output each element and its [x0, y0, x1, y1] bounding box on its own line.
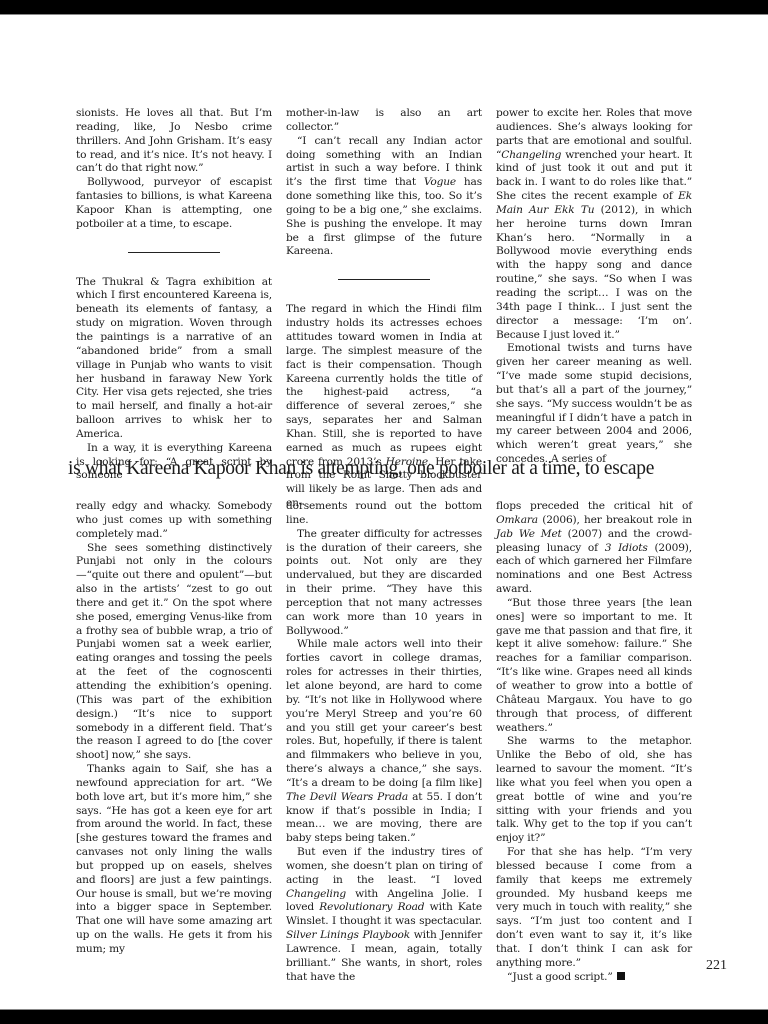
section-divider [338, 279, 430, 280]
page-number: 221 [706, 958, 727, 974]
paragraph: For that she has help. “I’m very blessed… [496, 846, 692, 971]
section-divider [128, 252, 220, 253]
paragraph: She sees something distinctively Punjabi… [76, 542, 272, 764]
paragraph: mother-in-law is also an art collector.” [286, 107, 482, 135]
italic-title: 3 Idiots [605, 542, 648, 554]
paragraph: flops preceded the critical hit of Omkar… [496, 500, 692, 597]
text-run: The regard in which the Hindi film indus… [286, 303, 482, 467]
column-3-bottom: flops preceded the critical hit of Omkar… [496, 500, 692, 985]
paragraph: sionists. He loves all that. But I’m rea… [76, 107, 272, 176]
italic-title: Vogue [424, 176, 456, 188]
paragraph: But even if the industry tires of women,… [286, 846, 482, 984]
paragraph: dorsements round out the bottom line. [286, 500, 482, 528]
paragraph: The Thukral & Tagra exhibition at which … [76, 276, 272, 442]
paragraph: Thanks again to Saif, she has a newfound… [76, 763, 272, 957]
italic-title: Revolutionary Road [319, 901, 424, 913]
column-3-top: power to excite her. Roles that move aud… [496, 107, 692, 467]
text-run: “Just a good script.” [507, 971, 613, 983]
text-run: (2012), in which her heroine turns down … [496, 204, 692, 341]
column-2-bottom: dorsements round out the bottom line. Th… [286, 500, 482, 985]
column-1-top: sionists. He loves all that. But I’m rea… [76, 107, 272, 483]
paragraph: “Just a good script.” [496, 971, 692, 985]
end-mark-icon [617, 972, 625, 980]
text-run: flops preceded the critical hit of [496, 500, 692, 512]
text-run: (2006), her breakout role in [538, 514, 692, 526]
italic-title: Changeling [501, 149, 561, 161]
paragraph: While male actors well into their fortie… [286, 638, 482, 846]
italic-title: Jab We Met [496, 528, 562, 540]
paragraph: The greater difficulty for actresses is … [286, 528, 482, 639]
pull-quote: is what Kareena Kapoor Khan is attemptin… [68, 458, 708, 480]
italic-title: Omkara [496, 514, 538, 526]
text-run: But even if the industry tires of women,… [286, 846, 482, 886]
italic-title: The Devil Wears Prada [286, 791, 408, 803]
paragraph: “I can’t recall any Indian actor doing s… [286, 135, 482, 260]
paragraph: power to excite her. Roles that move aud… [496, 107, 692, 342]
paragraph: really edgy and whacky. Somebody who jus… [76, 500, 272, 542]
column-1-bottom: really edgy and whacky. Somebody who jus… [76, 500, 272, 957]
italic-title: Changeling [286, 888, 346, 900]
paragraph: She warms to the metaphor. Unlike the Be… [496, 735, 692, 846]
paragraph: Bollywood, purveyor of escapist fantasie… [76, 176, 272, 231]
paragraph: Emotional twists and turns have given he… [496, 342, 692, 467]
text-run: has done something like this, too. So it… [286, 176, 482, 257]
top-black-bar [0, 0, 768, 15]
italic-title: Silver Linings Playbook [286, 929, 410, 941]
text-run: While male actors well into their fortie… [286, 638, 482, 788]
paragraph: “But those three years [the lean ones] w… [496, 597, 692, 735]
bottom-black-bar [0, 1009, 768, 1024]
column-2-top: mother-in-law is also an art collector.”… [286, 107, 482, 511]
